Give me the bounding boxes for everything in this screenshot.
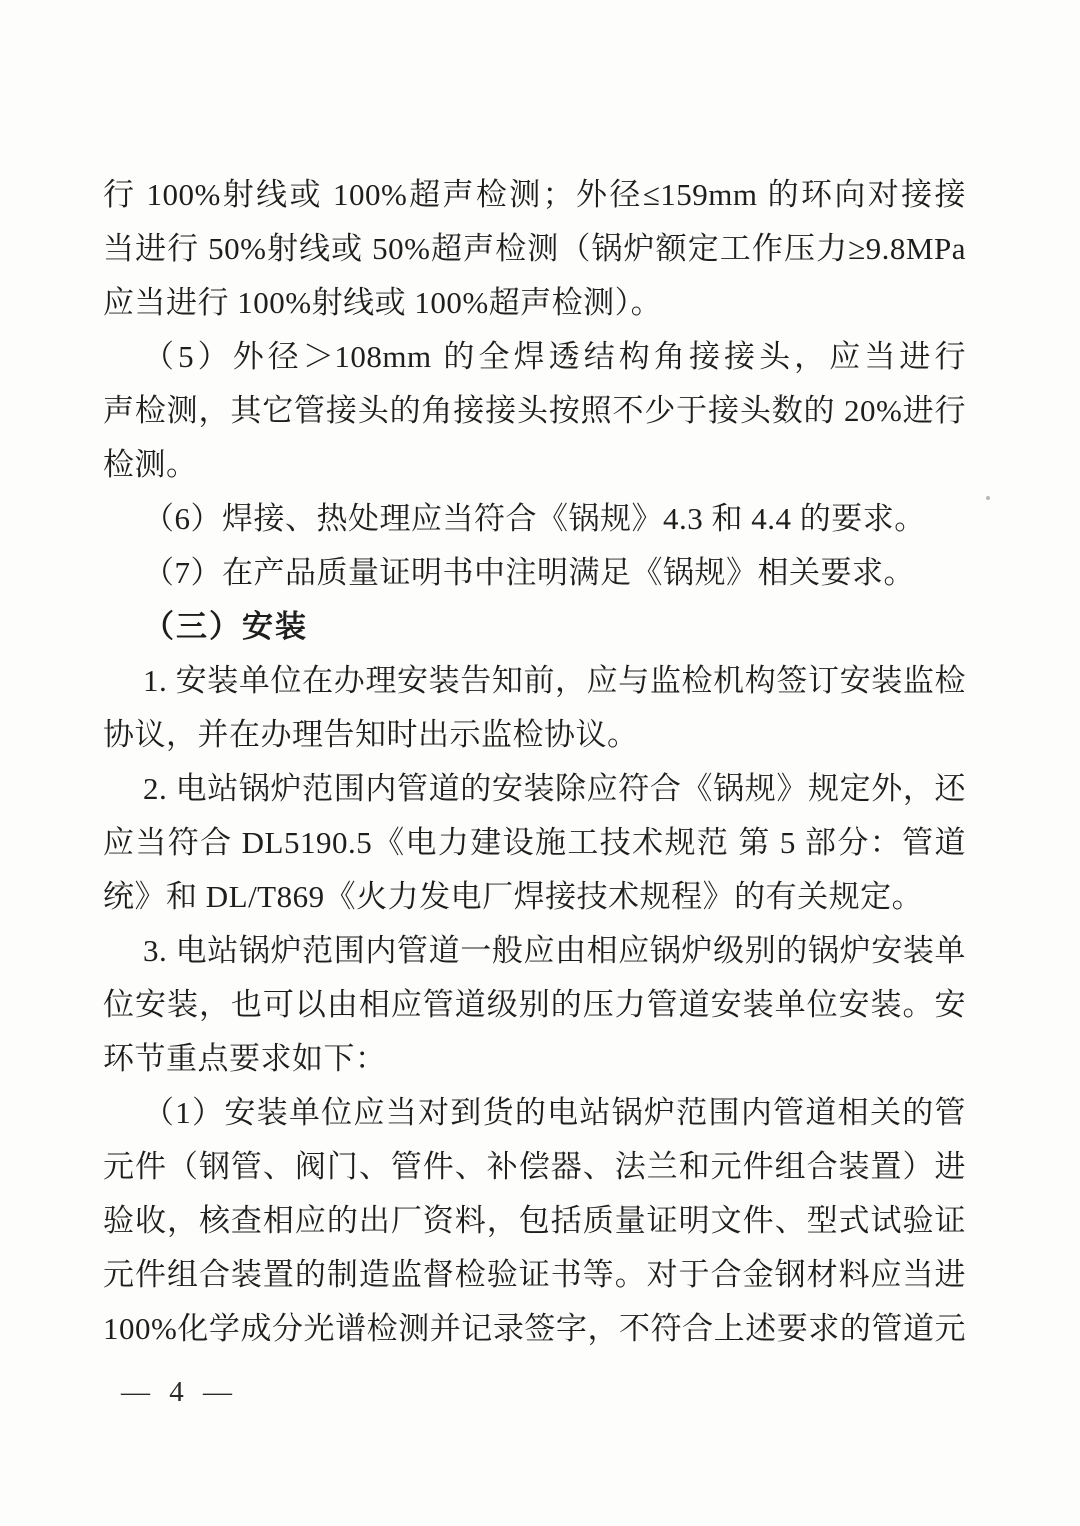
scanned-document-page: 行 100%射线或 100%超声检测；外径≤159mm 的环向对接接头，应 当进…	[0, 0, 1080, 1526]
text-line: 元件（钢管、阀门、管件、补偿器、法兰和元件组合装置）进行	[103, 1140, 966, 1194]
text-line: 2. 电站锅炉范围内管道的安装除应符合《锅规》规定外，还	[103, 762, 966, 816]
page-number: — 4 —	[121, 1372, 238, 1412]
text-line: 应当进行 100%射线或 100%超声检测）。	[103, 276, 966, 330]
text-line: 应当符合 DL5190.5《电力建设施工技术规范 第 5 部分：管道及系	[103, 816, 966, 870]
text-line: （5）外径＞108mm 的全焊透结构角接接头，应当进行 100%超	[103, 330, 966, 384]
text-line: 协议，并在办理告知时出示监检协议。	[103, 708, 966, 762]
text-line: 3. 电站锅炉范围内管道一般应由相应锅炉级别的锅炉安装单	[103, 924, 966, 978]
text-line: （7）在产品质量证明书中注明满足《锅规》相关要求。	[103, 546, 966, 600]
scan-artifact	[986, 496, 990, 500]
text-line: 行 100%射线或 100%超声检测；外径≤159mm 的环向对接接头，应	[103, 168, 966, 222]
text-line: 检测。	[103, 438, 966, 492]
text-line: 验收，核查相应的出厂资料，包括质量证明文件、型式试验证书、	[103, 1194, 966, 1248]
text-line: 统》和 DL/T869《火力发电厂焊接技术规程》的有关规定。	[103, 870, 966, 924]
text-line: 100%化学成分光谱检测并记录签字，不符合上述要求的管道元件不	[103, 1302, 966, 1356]
text-line: 环节重点要求如下：	[103, 1032, 966, 1086]
text-line: 元件组合装置的制造监督检验证书等。对于合金钢材料应当进行	[103, 1248, 966, 1302]
text-line: （1）安装单位应当对到货的电站锅炉范围内管道相关的管道	[103, 1086, 966, 1140]
text-line: 1. 安装单位在办理安装告知前，应与监检机构签订安装监检	[103, 654, 966, 708]
section-heading: （三）安装	[103, 600, 966, 654]
text-line: 位安装，也可以由相应管道级别的压力管道安装单位安装。安装	[103, 978, 966, 1032]
document-body: 行 100%射线或 100%超声检测；外径≤159mm 的环向对接接头，应 当进…	[103, 168, 966, 1356]
text-line: 当进行 50%射线或 50%超声检测（锅炉额定工作压力≥9.8MPa 时，	[103, 222, 966, 276]
text-line: 声检测，其它管接头的角接接头按照不少于接头数的 20%进行表面	[103, 384, 966, 438]
text-line: （6）焊接、热处理应当符合《锅规》4.3 和 4.4 的要求。	[103, 492, 966, 546]
